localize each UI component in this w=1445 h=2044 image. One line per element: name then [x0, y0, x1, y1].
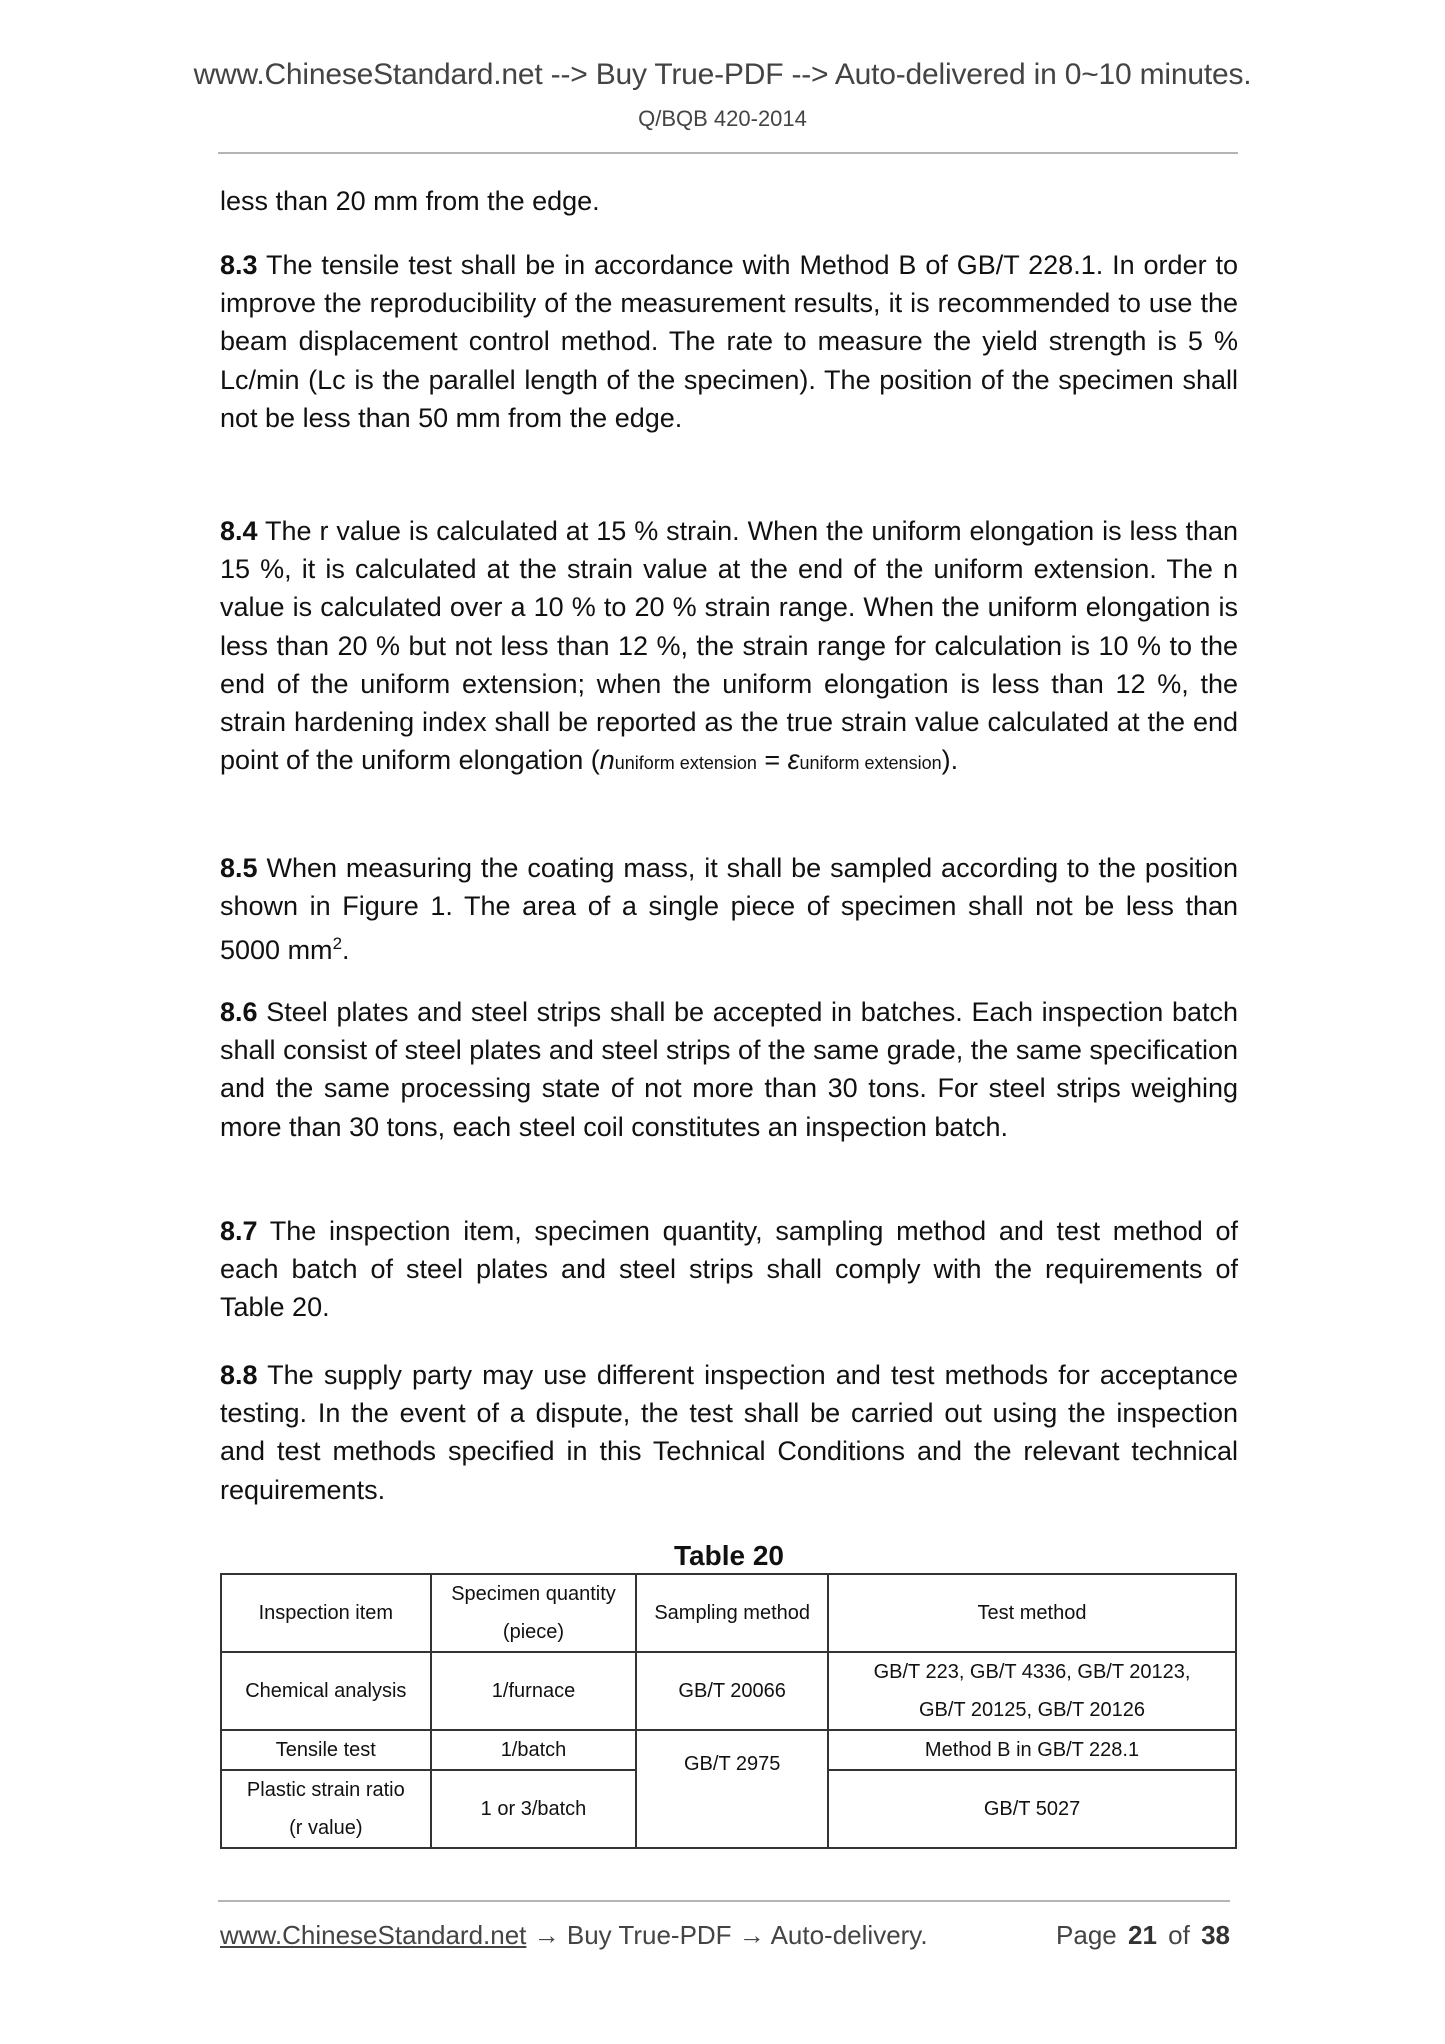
symbol-epsilon: ε — [788, 745, 800, 775]
footer-promo-text: → Buy True-PDF → Auto-delivery. — [526, 1920, 927, 1950]
subscript-epsilon: uniform extension — [800, 753, 942, 773]
cell-quantity: 1/batch — [431, 1730, 637, 1770]
clause-8-3: 8.3 The tensile test shall be in accorda… — [220, 246, 1238, 437]
cell-quantity: 1/furnace — [431, 1652, 637, 1730]
method-line-1: GB/T 223, GB/T 4336, GB/T 20123, — [874, 1661, 1191, 1683]
cell-quantity: 1 or 3/batch — [431, 1770, 637, 1848]
clause-text: The tensile test shall be in accordance … — [220, 250, 1238, 433]
clause-number: 8.5 — [220, 853, 258, 883]
header-specimen-quantity: Specimen quantity(piece) — [431, 1574, 637, 1652]
clause-8-6: 8.6 Steel plates and steel strips shall … — [220, 993, 1238, 1146]
footer-promo: www.ChineseStandard.net → Buy True-PDF →… — [220, 1920, 928, 1951]
total-pages: 38 — [1201, 1920, 1230, 1950]
paragraph-continuation: less than 20 mm from the edge. — [220, 182, 1238, 220]
clause-text: The r value is calculated at 15 % strain… — [220, 516, 1238, 775]
clause-text: The supply party may use different inspe… — [220, 1360, 1238, 1505]
cell-item: Chemical analysis — [221, 1652, 431, 1730]
item-line-1: Plastic strain ratio — [247, 1779, 405, 1801]
clause-number: 8.6 — [220, 997, 258, 1027]
continuation-text: less than 20 mm from the edge. — [220, 186, 600, 216]
clause-number: 8.3 — [220, 250, 258, 280]
cell-test-method: GB/T 5027 — [828, 1770, 1236, 1848]
symbol-n: n — [600, 745, 615, 775]
table-row: Chemical analysis 1/furnace GB/T 20066 G… — [221, 1652, 1236, 1730]
clause-text: The inspection item, specimen quantity, … — [220, 1216, 1238, 1322]
cell-test-method: GB/T 223, GB/T 4336, GB/T 20123,GB/T 201… — [828, 1652, 1236, 1730]
clause-number: 8.8 — [220, 1360, 258, 1390]
of-label: of — [1168, 1920, 1190, 1950]
equals: = — [757, 745, 788, 775]
cell-item: Tensile test — [221, 1730, 431, 1770]
subscript-n: uniform extension — [615, 753, 757, 773]
footer-divider — [218, 1900, 1230, 1902]
clause-number: 8.4 — [220, 516, 258, 546]
superscript: 2 — [333, 934, 342, 953]
cell-sampling: GB/T 20066 — [636, 1652, 828, 1730]
clause-text: When measuring the coating mass, it shal… — [220, 853, 1238, 965]
cell-item: Plastic strain ratio(r value) — [221, 1770, 431, 1848]
inspection-table: Inspection item Specimen quantity(piece)… — [220, 1573, 1237, 1849]
clause-8-8: 8.8 The supply party may use different i… — [220, 1356, 1238, 1509]
cell-test-method: Method B in GB/T 228.1 — [828, 1730, 1236, 1770]
header-test-method: Test method — [828, 1574, 1236, 1652]
item-line-2: (r value) — [289, 1817, 362, 1839]
clause-8-7: 8.7 The inspection item, specimen quanti… — [220, 1212, 1238, 1327]
table-title: Table 20 — [220, 1540, 1238, 1572]
page-label: Page — [1056, 1920, 1117, 1950]
clause-8-4: 8.4 The r value is calculated at 15 % st… — [220, 512, 1238, 782]
header-sampling-method: Sampling method — [636, 1574, 828, 1652]
clause-end: . — [342, 935, 350, 965]
header-inspection-item: Inspection item — [221, 1574, 431, 1652]
page-indicator: Page 21 of 38 — [1040, 1920, 1230, 1951]
method-line-2: GB/T 20125, GB/T 20126 — [919, 1699, 1145, 1721]
header-unit: (piece) — [503, 1621, 564, 1643]
header-divider — [218, 152, 1238, 154]
page-number: 21 — [1128, 1920, 1157, 1950]
document-code: Q/BQB 420-2014 — [0, 106, 1445, 132]
cell-sampling: GB/T 2975 — [636, 1730, 828, 1848]
clause-8-5: 8.5 When measuring the coating mass, it … — [220, 849, 1238, 970]
header-banner: www.ChineseStandard.net --> Buy True-PDF… — [0, 58, 1445, 92]
table-row: Tensile test 1/batch GB/T 2975 Method B … — [221, 1730, 1236, 1770]
table-header-row: Inspection item Specimen quantity(piece)… — [221, 1574, 1236, 1652]
clause-text: Steel plates and steel strips shall be a… — [220, 997, 1238, 1142]
clause-number: 8.7 — [220, 1216, 258, 1246]
header-text: Specimen quantity — [451, 1583, 616, 1605]
footer-site-link[interactable]: www.ChineseStandard.net — [220, 1920, 526, 1950]
clause-end: ). — [942, 745, 959, 775]
